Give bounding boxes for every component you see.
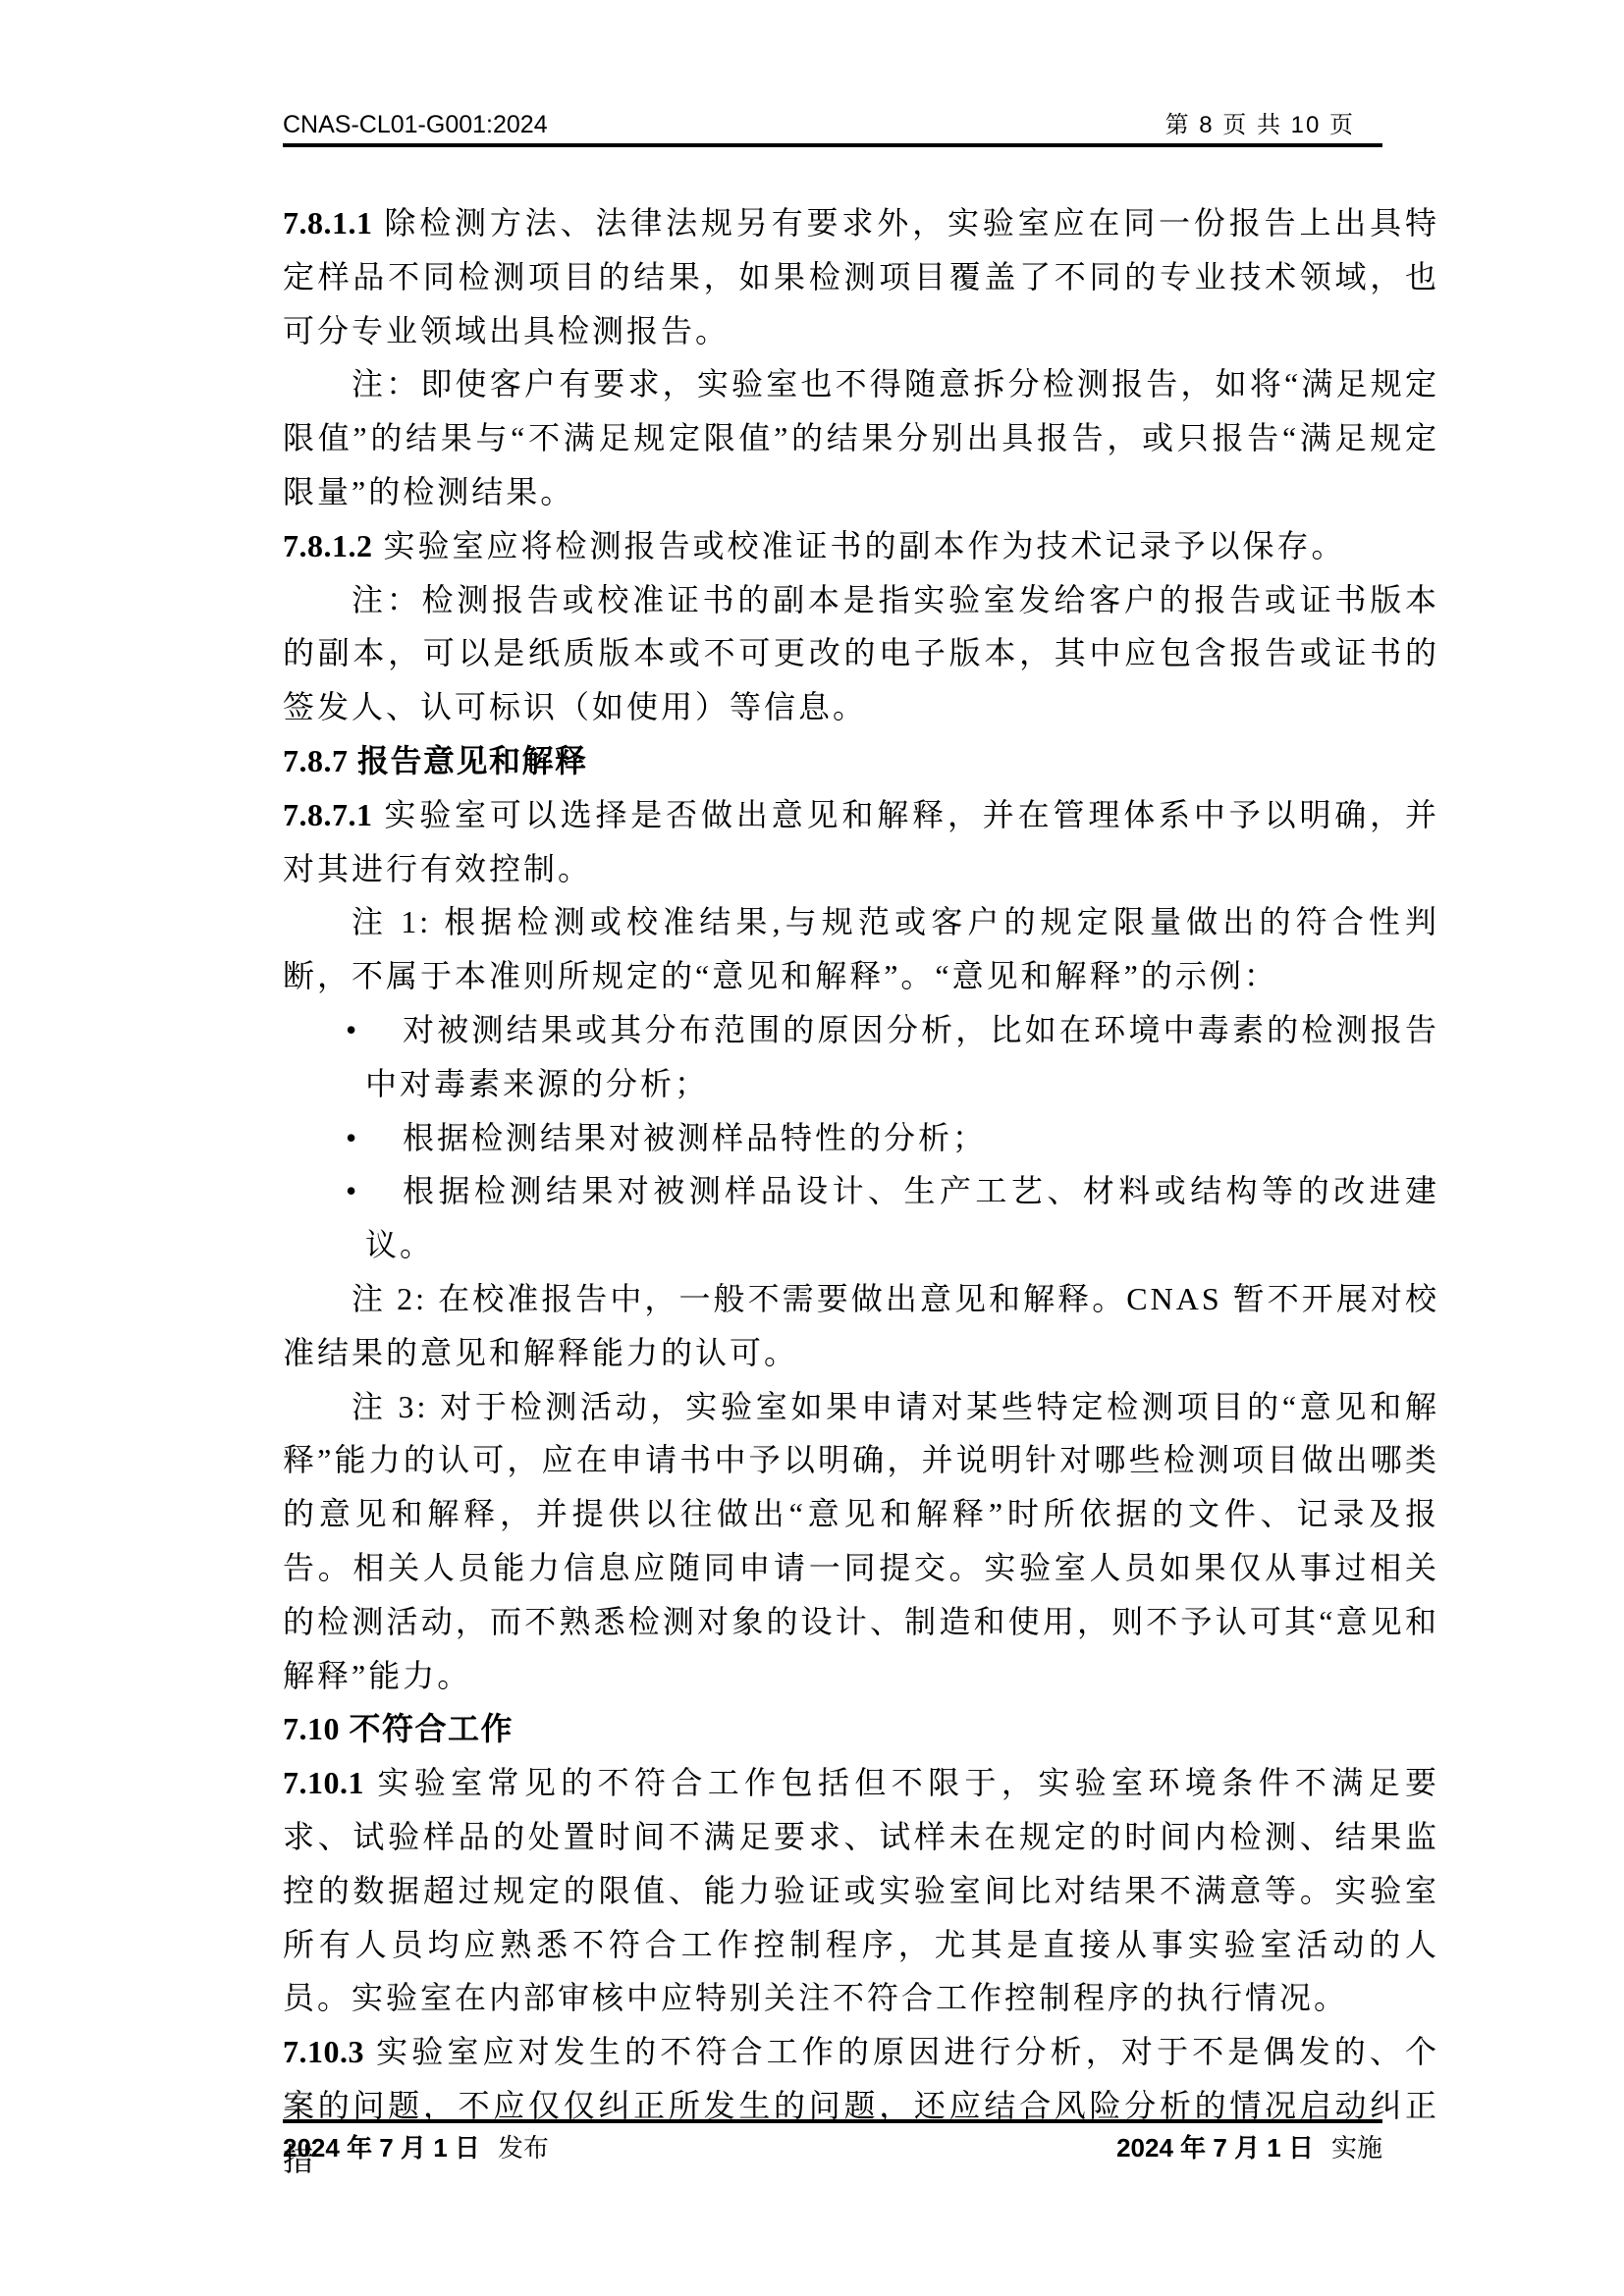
note-paragraph: 注 1: 根据检测或校准结果,与规范或客户的规定限量做出的符合性判断，不属于本准… bbox=[283, 895, 1439, 1003]
release-label: 发布 bbox=[498, 2134, 549, 2163]
clause-number: 7.10.1 bbox=[283, 1765, 364, 1800]
release-date: 2024 年 7 月 1 日 bbox=[283, 2133, 480, 2163]
document-body: 7.8.1.1 除检测方法、法律法规另有要求外，实验室应在同一份报告上出具特定样… bbox=[283, 196, 1439, 2186]
clause-paragraph: 7.10.1 实验室常见的不符合工作包括但不限于，实验室环境条件不满足要求、试验… bbox=[283, 1756, 1439, 2025]
bullet-marker-icon: • bbox=[346, 1111, 359, 1165]
heading-paragraph: 7.10 不符合工作 bbox=[283, 1702, 1439, 1756]
page-number-info: 第 8 页 共 10 页 bbox=[1165, 113, 1382, 138]
bullet-paragraph: •根据检测结果对被测样品设计、生产工艺、材料或结构等的改进建议。 bbox=[283, 1164, 1439, 1272]
implement-label: 实施 bbox=[1331, 2134, 1382, 2163]
implement-date: 2024 年 7 月 1 日 bbox=[1116, 2133, 1314, 2163]
clause-paragraph: 7.8.7.1 实验室可以选择是否做出意见和解释，并在管理体系中予以明确，并对其… bbox=[283, 788, 1439, 896]
note-paragraph: 注 2: 在校准报告中，一般不需要做出意见和解释。CNAS 暂不开展对校准结果的… bbox=[283, 1272, 1439, 1380]
clause-number: 7.8.1.1 bbox=[283, 205, 373, 240]
clause-number: 7.8.1.2 bbox=[283, 528, 373, 563]
clause-paragraph: 7.8.1.2 实验室应将检测报告或校准证书的副本作为技术记录予以保存。 bbox=[283, 519, 1439, 573]
clause-paragraph: 7.8.1.1 除检测方法、法律法规另有要求外，实验室应在同一份报告上出具特定样… bbox=[283, 196, 1439, 357]
bullet-paragraph: •对被测结果或其分布范围的原因分析，比如在环境中毒素的检测报告中对毒素来源的分析… bbox=[283, 1003, 1439, 1111]
document-number: CNAS-CL01-G001:2024 bbox=[283, 112, 548, 139]
heading-paragraph: 7.8.7 报告意见和解释 bbox=[283, 734, 1439, 788]
clause-number: 7.10.3 bbox=[283, 2034, 364, 2069]
page-header: CNAS-CL01-G001:2024 第 8 页 共 10 页 bbox=[283, 98, 1382, 147]
document-page: CNAS-CL01-G001:2024 第 8 页 共 10 页 7.8.1.1… bbox=[0, 0, 1624, 2296]
footer-rule bbox=[283, 2119, 1382, 2123]
page-footer: 2024 年 7 月 1 日发布 2024 年 7 月 1 日实施 bbox=[283, 2130, 1382, 2166]
bullet-marker-icon: • bbox=[346, 1164, 359, 1218]
clause-number: 7.8.7.1 bbox=[283, 797, 373, 832]
implement-date-group: 2024 年 7 月 1 日实施 bbox=[1116, 2130, 1382, 2166]
bullet-paragraph: •根据检测结果对被测样品特性的分析； bbox=[283, 1111, 1439, 1165]
clause-number: 7.10 bbox=[283, 1711, 340, 1746]
note-paragraph: 注 3: 对于检测活动，实验室如果申请对某些特定检测项目的“意见和解释”能力的认… bbox=[283, 1380, 1439, 1703]
note-paragraph: 注：检测报告或校准证书的副本是指实验室发给客户的报告或证书版本的副本，可以是纸质… bbox=[283, 573, 1439, 734]
bullet-marker-icon: • bbox=[346, 1003, 359, 1057]
clause-number: 7.8.7 bbox=[283, 743, 349, 778]
note-paragraph: 注：即使客户有要求，实验室也不得随意拆分检测报告，如将“满足规定限值”的结果与“… bbox=[283, 357, 1439, 518]
release-date-group: 2024 年 7 月 1 日发布 bbox=[283, 2130, 549, 2166]
